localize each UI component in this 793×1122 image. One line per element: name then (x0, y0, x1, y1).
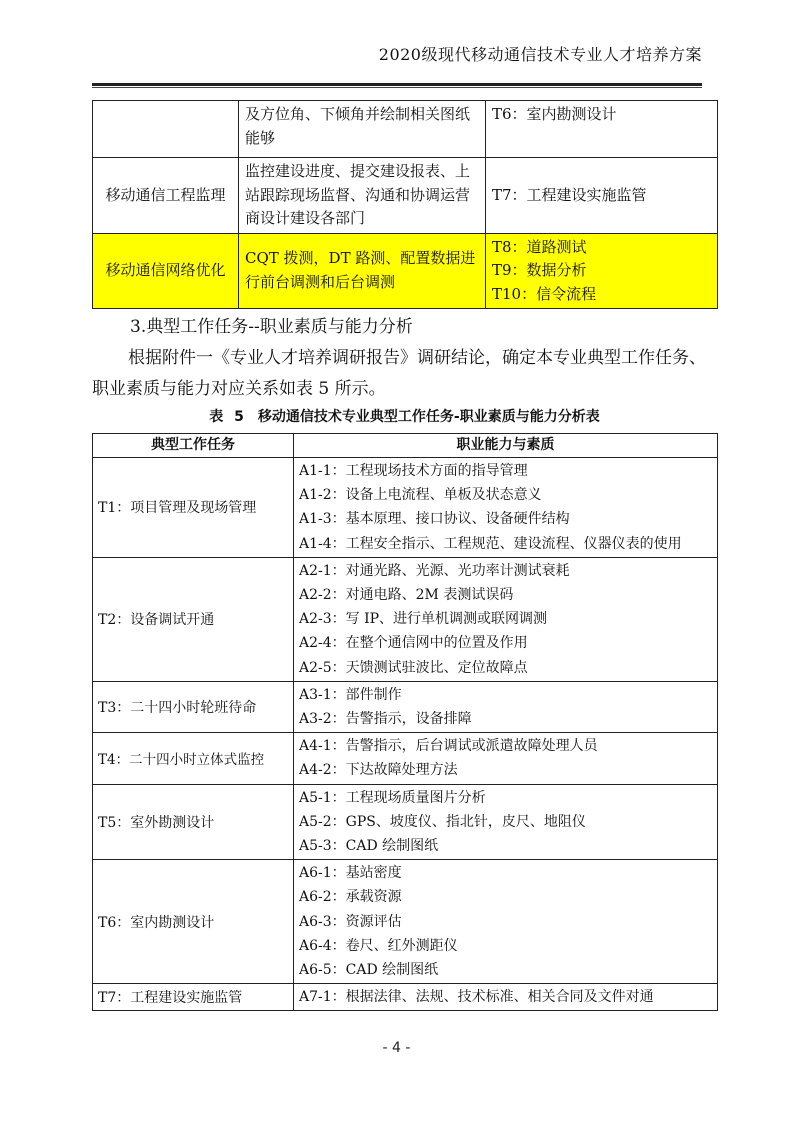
task-cell: T6：室内勘测设计 (93, 860, 294, 984)
table-row: T1：项目管理及现场管理 A1-1：工程现场技术方面的指导管理 A1-2：设备上… (93, 458, 718, 558)
content-cell: CQT 拨测，DT 路测、配置数据进行前台调测和后台调测 (239, 233, 486, 309)
ability-item: A1-2：设备上电流程、单板及状态意义 (299, 483, 712, 507)
task-cell: T1：项目管理及现场管理 (93, 458, 294, 558)
task-ability-table: 典型工作任务 职业能力与素质 T1：项目管理及现场管理 A1-1：工程现场技术方… (92, 433, 718, 1011)
section-heading: 3.典型工作任务--职业素质与能力分析 (130, 312, 413, 337)
table-row: T4：二十四小时立体式监控 A4-1：告警指示，后台调试或派遣故障处理人员 A4… (93, 733, 718, 784)
task-cell: T3：二十四小时轮班待命 (93, 681, 294, 732)
ability-item: A4-1：告警指示，后台调试或派遣故障处理人员 (299, 734, 712, 758)
header-rule-thick (92, 83, 702, 86)
position-cell (93, 101, 239, 158)
content-cell: 监控建设进度、提交建设报表、上站跟踪现场监督、沟通和协调运营商设计建设各部门 (239, 158, 486, 234)
table-row: T2：设备调试开通 A2-1：对通光路、光源、光功率计测试衰耗 A2-2：对通电… (93, 557, 718, 681)
ability-item: A5-3：CAD 绘制图纸 (299, 834, 712, 858)
page-header: 2020级现代移动通信技术专业人才培养方案 (92, 30, 702, 88)
task-cell: T8：道路测试 T9：数据分析 T10：信令流程 (486, 233, 718, 309)
table-row: T5：室外勘测设计 A5-1：工程现场质量图片分析 A5-2：GPS、坡度仪、指… (93, 784, 718, 860)
content-cell: 及方位角、下倾角并绘制相关图纸能够 (239, 101, 486, 158)
ability-item: A7-1：根据法律、法规、技术标准、相关合同及文件对通 (299, 985, 712, 1009)
column-header-task: 典型工作任务 (93, 434, 294, 458)
task-line: T9：数据分析 (492, 259, 711, 283)
table-row: T3：二十四小时轮班待命 A3-1：部件制作 A3-2：告警指示，设备排障 (93, 681, 718, 732)
ability-item: A2-1：对通光路、光源、光功率计测试衰耗 (299, 559, 712, 583)
table-header-row: 典型工作任务 职业能力与素质 (93, 434, 718, 458)
table-row: T6：室内勘测设计 A6-1：基站密度 A6-2：承载资源 A6-3：资源评估 … (93, 860, 718, 984)
continued-position-table: 及方位角、下倾角并绘制相关图纸能够 T6：室内勘测设计 移动通信工程监理 监控建… (92, 100, 718, 309)
task-line: T10：信令流程 (492, 283, 711, 307)
table-row: T7：工程建设实施监管 A7-1：根据法律、法规、技术标准、相关合同及文件对通 (93, 984, 718, 1011)
ability-item: A6-2：承载资源 (299, 885, 712, 909)
task-cell: T5：室外勘测设计 (93, 784, 294, 860)
ability-item: A6-3：资源评估 (299, 910, 712, 934)
task-line: T8：道路测试 (492, 236, 711, 260)
ability-item: A2-2：对通电路、2M 表测试误码 (299, 583, 712, 607)
ability-item: A5-1：工程现场质量图片分析 (299, 786, 712, 810)
page-number: - 4 - (0, 1040, 793, 1056)
position-cell: 移动通信网络优化 (93, 233, 239, 309)
ability-item: A6-4：卷尺、红外测距仪 (299, 934, 712, 958)
task-cell: T2：设备调试开通 (93, 557, 294, 681)
ability-item: A1-3：基本原理、接口协议、设备硬件结构 (299, 507, 712, 531)
ability-item: A1-1：工程现场技术方面的指导管理 (299, 459, 712, 483)
position-cell: 移动通信工程监理 (93, 158, 239, 234)
ability-item: A2-5：天馈测试驻波比、定位故障点 (299, 656, 712, 680)
ability-item: A4-2：下达故障处理方法 (299, 758, 712, 782)
ability-cell: A5-1：工程现场质量图片分析 A5-2：GPS、坡度仪、指北针，皮尺、地阻仪 … (294, 784, 718, 860)
ability-item: A6-5：CAD 绘制图纸 (299, 958, 712, 982)
task-cell: T7：工程建设实施监管 (93, 984, 294, 1011)
table-row: 移动通信工程监理 监控建设进度、提交建设报表、上站跟踪现场监督、沟通和协调运营商… (93, 158, 718, 234)
ability-cell: A6-1：基站密度 A6-2：承载资源 A6-3：资源评估 A6-4：卷尺、红外… (294, 860, 718, 984)
ability-item: A6-1：基站密度 (299, 861, 712, 885)
table-row-highlighted: 移动通信网络优化 CQT 拨测，DT 路测、配置数据进行前台调测和后台调测 T8… (93, 233, 718, 309)
task-cell: T7：工程建设实施监管 (486, 158, 718, 234)
ability-item: A3-1：部件制作 (299, 683, 712, 707)
ability-item: A2-3：写 IP、进行单机调测或联网调测 (299, 607, 712, 631)
task-line: T6：室内勘测设计 (492, 103, 711, 127)
ability-cell: A1-1：工程现场技术方面的指导管理 A1-2：设备上电流程、单板及状态意义 A… (294, 458, 718, 558)
ability-cell: A4-1：告警指示，后台调试或派遣故障处理人员 A4-2：下达故障处理方法 (294, 733, 718, 784)
ability-item: A3-2：告警指示，设备排障 (299, 707, 712, 731)
table-row: 及方位角、下倾角并绘制相关图纸能够 T6：室内勘测设计 (93, 101, 718, 158)
task-cell: T6：室内勘测设计 (486, 101, 718, 158)
ability-item: A5-2：GPS、坡度仪、指北针，皮尺、地阻仪 (299, 810, 712, 834)
ability-item: A1-4：工程安全指示、工程规范、建设流程、仪器仪表的使用 (299, 532, 712, 556)
ability-cell: A3-1：部件制作 A3-2：告警指示，设备排障 (294, 681, 718, 732)
document-title: 2020级现代移动通信技术专业人才培养方案 (379, 42, 702, 65)
ability-cell: A7-1：根据法律、法规、技术标准、相关合同及文件对通 (294, 984, 718, 1011)
body-paragraph: 根据附件一《专业人才培养调研报告》调研结论，确定本专业典型工作任务、职业素质与能… (92, 343, 717, 405)
task-line: T7：工程建设实施监管 (492, 184, 711, 208)
ability-item: A2-4：在整个通信网中的位置及作用 (299, 631, 712, 655)
ability-cell: A2-1：对通光路、光源、光功率计测试衰耗 A2-2：对通电路、2M 表测试误码… (294, 557, 718, 681)
task-cell: T4：二十四小时立体式监控 (93, 733, 294, 784)
header-rule-thin (92, 87, 702, 88)
table-caption: 表 5 移动通信技术专业典型工作任务-职业素质与能力分析表 (92, 406, 717, 426)
column-header-ability: 职业能力与素质 (294, 434, 718, 458)
